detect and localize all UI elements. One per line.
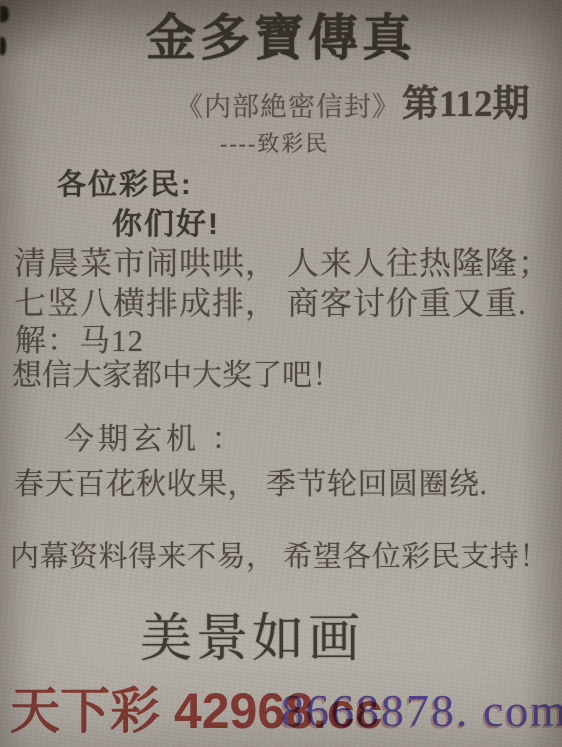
secret-envelope-label: 《内部絶密信封》: [176, 92, 400, 122]
riddle-answer: 解：马12: [15, 323, 144, 359]
riddle-line-1: 清晨菜市闹哄哄， 人来人往热隆隆；: [14, 245, 551, 282]
page-title: 金多寶傳真: [0, 10, 562, 68]
mystery-heading: 今期玄机 ：: [64, 423, 246, 458]
paper-edge-mark-2: [0, 37, 6, 55]
closing-phrase: 美景如画: [140, 610, 364, 670]
watermark-blue-site: 8668878. com: [281, 688, 562, 734]
salutation: 各位彩民:: [57, 169, 193, 202]
mystery-line: 春天百花秋收果， 季节轮回圆圈绕.: [14, 468, 488, 503]
congrats-line: 想信大家都中大奖了吧！: [12, 359, 342, 394]
support-line: 内幕资料得来不易， 希望各位彩民支持！: [10, 541, 549, 574]
riddle-line-2: 七竖八横排成排， 商客讨价重又重.: [14, 285, 527, 322]
greeting: 你们好!: [112, 208, 220, 243]
issue-number: 第112期: [402, 84, 529, 125]
issue-line: 《内部絶密信封》第112期: [176, 84, 529, 127]
paper-edge-mark-1: [0, 6, 9, 22]
fax-document: 金多寶傳真 《内部絶密信封》第112期 ----致彩民 各位彩民: 你们好! 清…: [0, 0, 562, 747]
dedication-line: ----致彩民: [220, 131, 329, 156]
